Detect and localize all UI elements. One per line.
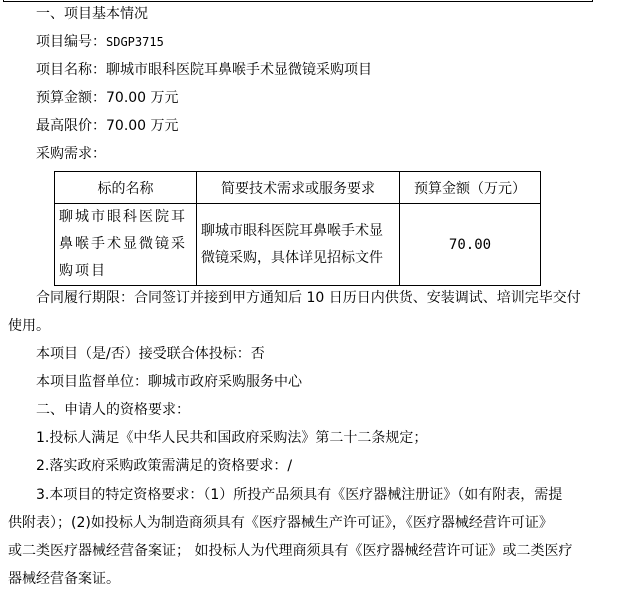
project-name-row: 项目名称：聊城市眼科医院耳鼻喉手术显微镜采购项目 [36, 62, 372, 78]
contract-term-line1: 合同履行期限：合同签订并接到甲方通知后 10 日历日内供货、安装调试、培训完毕交… [36, 290, 581, 306]
budget-label: 预算金额： [36, 90, 106, 106]
section2-heading: 二、申请人的资格要求： [36, 402, 190, 418]
project-number-value: SDGP3715 [106, 35, 164, 49]
demand-label: 采购需求： [36, 146, 106, 162]
project-number-row: 项目编号：SDGP3715 [36, 34, 164, 50]
max-price-row: 最高限价：70.00 万元 [36, 118, 179, 134]
qualification-item-3-line4: 器械经营备案证。 [8, 571, 120, 587]
qualification-item-3-line1: 3.本项目的特定资格要求：（1）所投产品须具有《医疗器械注册证》（如有附表，需提 [36, 487, 562, 503]
max-price-label: 最高限价： [36, 118, 106, 134]
table-cell-requirement: 聊城市眼科医院耳鼻喉手术显 微镜采购，具体详见招标文件 [197, 204, 400, 286]
procurement-demand-table: 标的名称 简要技术需求或服务要求 预算金额（万元） 聊城市眼科医院耳鼻喉手术显微… [54, 171, 541, 286]
qualification-item-3-line2: 供附表）；(2)如投标人为制造商须具有《医疗器械生产许可证》，《医疗器械经营许可… [8, 515, 553, 531]
requirement-line-2: 微镜采购，具体详见招标文件 [201, 245, 395, 272]
table-header-name: 标的名称 [55, 172, 197, 204]
table-cell-budget: 70.00 [400, 204, 541, 286]
top-frame-border [3, 0, 593, 2]
table-header-row: 标的名称 简要技术需求或服务要求 预算金额（万元） [55, 172, 541, 204]
qualification-item-2: 2.落实政府采购政策需满足的资格要求：/ [36, 458, 292, 474]
project-name-value: 聊城市眼科医院耳鼻喉手术显微镜采购项目 [106, 62, 372, 78]
qualification-item-1: 1.投标人满足《中华人民共和国政府采购法》第二十二条规定； [36, 430, 427, 446]
budget-row: 预算金额：70.00 万元 [36, 90, 179, 106]
supervisor-line: 本项目监督单位：聊城市政府采购服务中心 [36, 374, 302, 390]
project-name-label: 项目名称： [36, 62, 106, 78]
max-price-value: 70.00 万元 [106, 118, 179, 134]
table-row: 聊城市眼科医院耳鼻喉手术显微镜采购项目 聊城市眼科医院耳鼻喉手术显 微镜采购，具… [55, 204, 541, 286]
project-number-label: 项目编号： [36, 34, 106, 50]
section1-heading: 一、项目基本情况 [36, 6, 148, 22]
table-header-budget: 预算金额（万元） [400, 172, 541, 204]
qualification-item-3-line3: 或二类医疗器械经营备案证； 如投标人为代理商须具有《医疗器械经营许可证》或二类医… [8, 543, 572, 559]
table-cell-name: 聊城市眼科医院耳鼻喉手术显微镜采购项目 [55, 204, 197, 286]
consortium-line: 本项目（是/否）接受联合体投标：否 [36, 346, 265, 362]
table-header-requirement: 简要技术需求或服务要求 [197, 172, 400, 204]
budget-value: 70.00 万元 [106, 90, 179, 106]
contract-term-line2: 使用。 [8, 318, 50, 334]
requirement-line-1: 聊城市眼科医院耳鼻喉手术显 [201, 218, 395, 245]
